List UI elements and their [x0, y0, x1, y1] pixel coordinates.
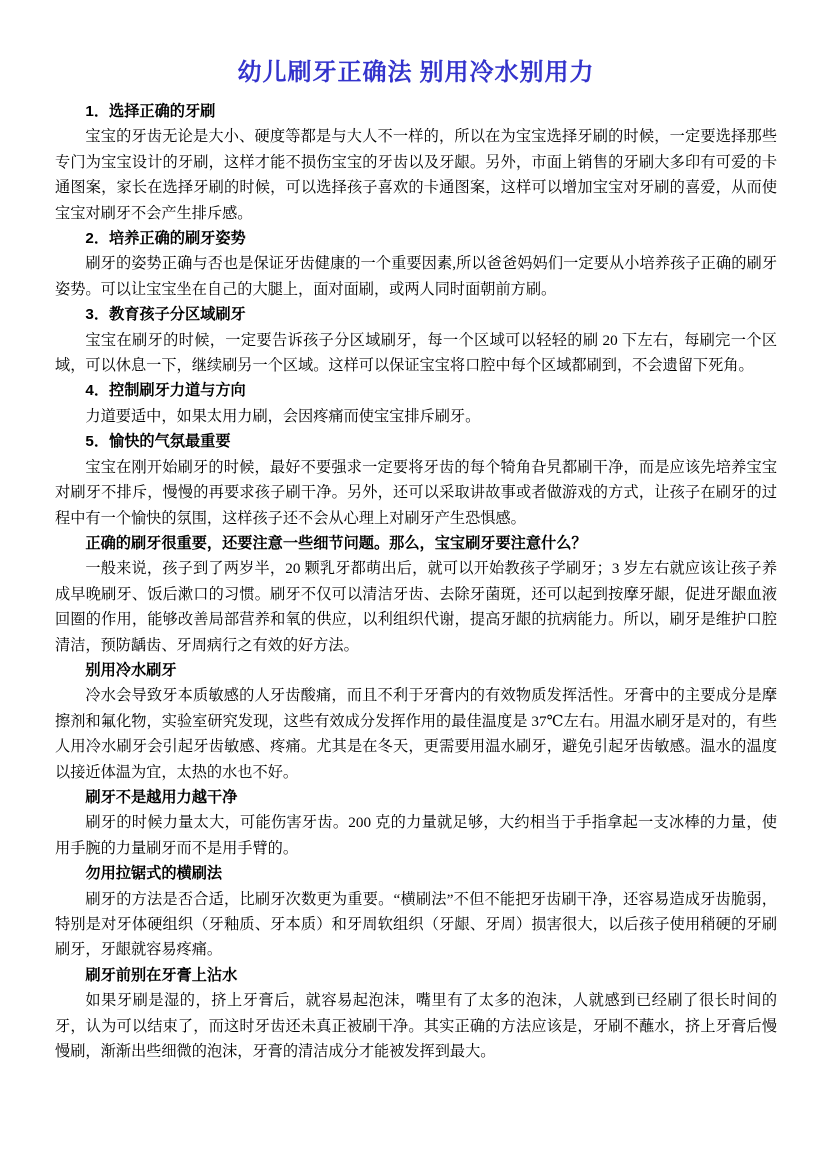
section-heading: 别用冷水刷牙 — [55, 658, 777, 683]
body-paragraph: 刷牙的姿势正确与否也是保证牙齿健康的一个重要因素,所以爸爸妈妈们一定要从小培养孩… — [55, 251, 777, 302]
body-paragraph: 一般来说，孩子到了两岁半，20 颗乳牙都萌出后，就可以开始教孩子学刷牙；3 岁左… — [55, 556, 777, 658]
body-paragraph: 宝宝在刷牙的时候，一定要告诉孩子分区域刷牙，每一个区域可以轻轻的刷 20 下左右… — [55, 328, 777, 379]
document-page: 幼儿刷牙正确法 别用冷水别用力 1．选择正确的牙刷宝宝的牙齿无论是大小、硬度等都… — [0, 0, 827, 1170]
section-heading: 5．愉快的气氛最重要 — [55, 429, 777, 454]
body-paragraph: 刷牙的时候力量太大，可能伤害牙齿。200 克的力量就足够，大约相当于手指拿起一支… — [55, 810, 777, 861]
section-heading: 刷牙不是越用力越干净 — [55, 785, 777, 810]
document-body: 1．选择正确的牙刷宝宝的牙齿无论是大小、硬度等都是与大人不一样的，所以在为宝宝选… — [55, 99, 777, 1064]
body-paragraph: 冷水会导致牙本质敏感的人牙齿酸痛，而且不利于牙膏内的有效物质发挥活性。牙膏中的主… — [55, 683, 777, 785]
section-heading: 2．培养正确的刷牙姿势 — [55, 226, 777, 251]
section-heading: 正确的刷牙很重要，还要注意一些细节问题。那么，宝宝刷牙要注意什么？ — [55, 531, 777, 556]
body-paragraph: 如果牙刷是湿的，挤上牙膏后，就容易起泡沫，嘴里有了太多的泡沫，人就感到已经刷了很… — [55, 988, 777, 1064]
document-title: 幼儿刷牙正确法 别用冷水别用力 — [55, 56, 777, 90]
body-paragraph: 刷牙的方法是否合适，比刷牙次数更为重要。“横刷法”不但不能把牙齿刷干净，还容易造… — [55, 887, 777, 963]
section-heading: 勿用拉锯式的横刷法 — [55, 861, 777, 886]
body-paragraph: 力道要适中，如果太用力刷，会因疼痛而使宝宝排斥刷牙。 — [55, 404, 777, 429]
section-heading: 刷牙前别在牙膏上沾水 — [55, 963, 777, 988]
body-paragraph: 宝宝在刚开始刷牙的时候，最好不要强求一定要将牙齿的每个犄角旮旯都刷干净，而是应该… — [55, 455, 777, 531]
section-heading: 3．教育孩子分区域刷牙 — [55, 302, 777, 327]
section-heading: 1．选择正确的牙刷 — [55, 99, 777, 124]
section-heading: 4．控制刷牙力道与方向 — [55, 378, 777, 403]
body-paragraph: 宝宝的牙齿无论是大小、硬度等都是与大人不一样的，所以在为宝宝选择牙刷的时候，一定… — [55, 124, 777, 226]
